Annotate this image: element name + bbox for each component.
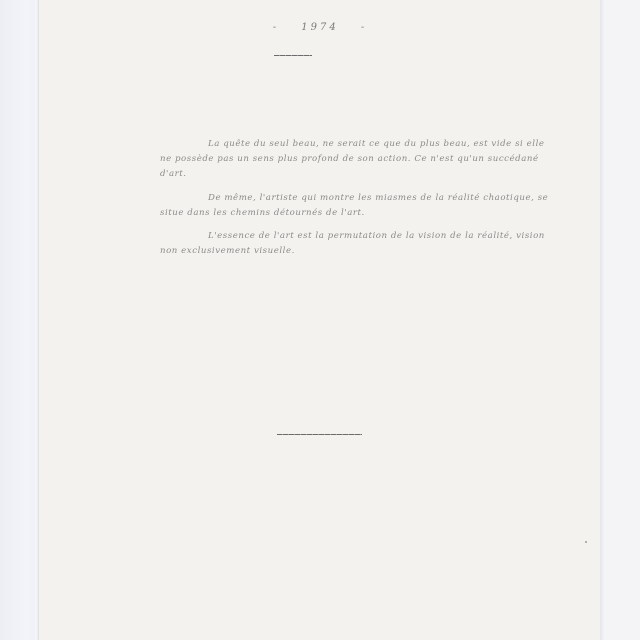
paragraph-1: La quête du seul beau, ne serait ce que … [160,137,552,183]
document-body: La quête du seul beau, ne serait ce que … [160,137,552,267]
closing-rule [277,434,362,435]
header-left-dash: - [273,22,279,33]
header-right-dash: - [361,22,367,33]
paper-speck [585,541,587,543]
sheet-right-edge [600,0,605,640]
header-underline [274,55,312,56]
paragraph-3: L'essence de l'art est la permutation de… [160,229,552,259]
header-year: 1974 [301,22,338,33]
paragraph-2: De même, l'artiste qui montre les miasme… [160,191,552,221]
page-header: - 1974 - [0,22,640,33]
typewritten-sheet [39,0,600,640]
